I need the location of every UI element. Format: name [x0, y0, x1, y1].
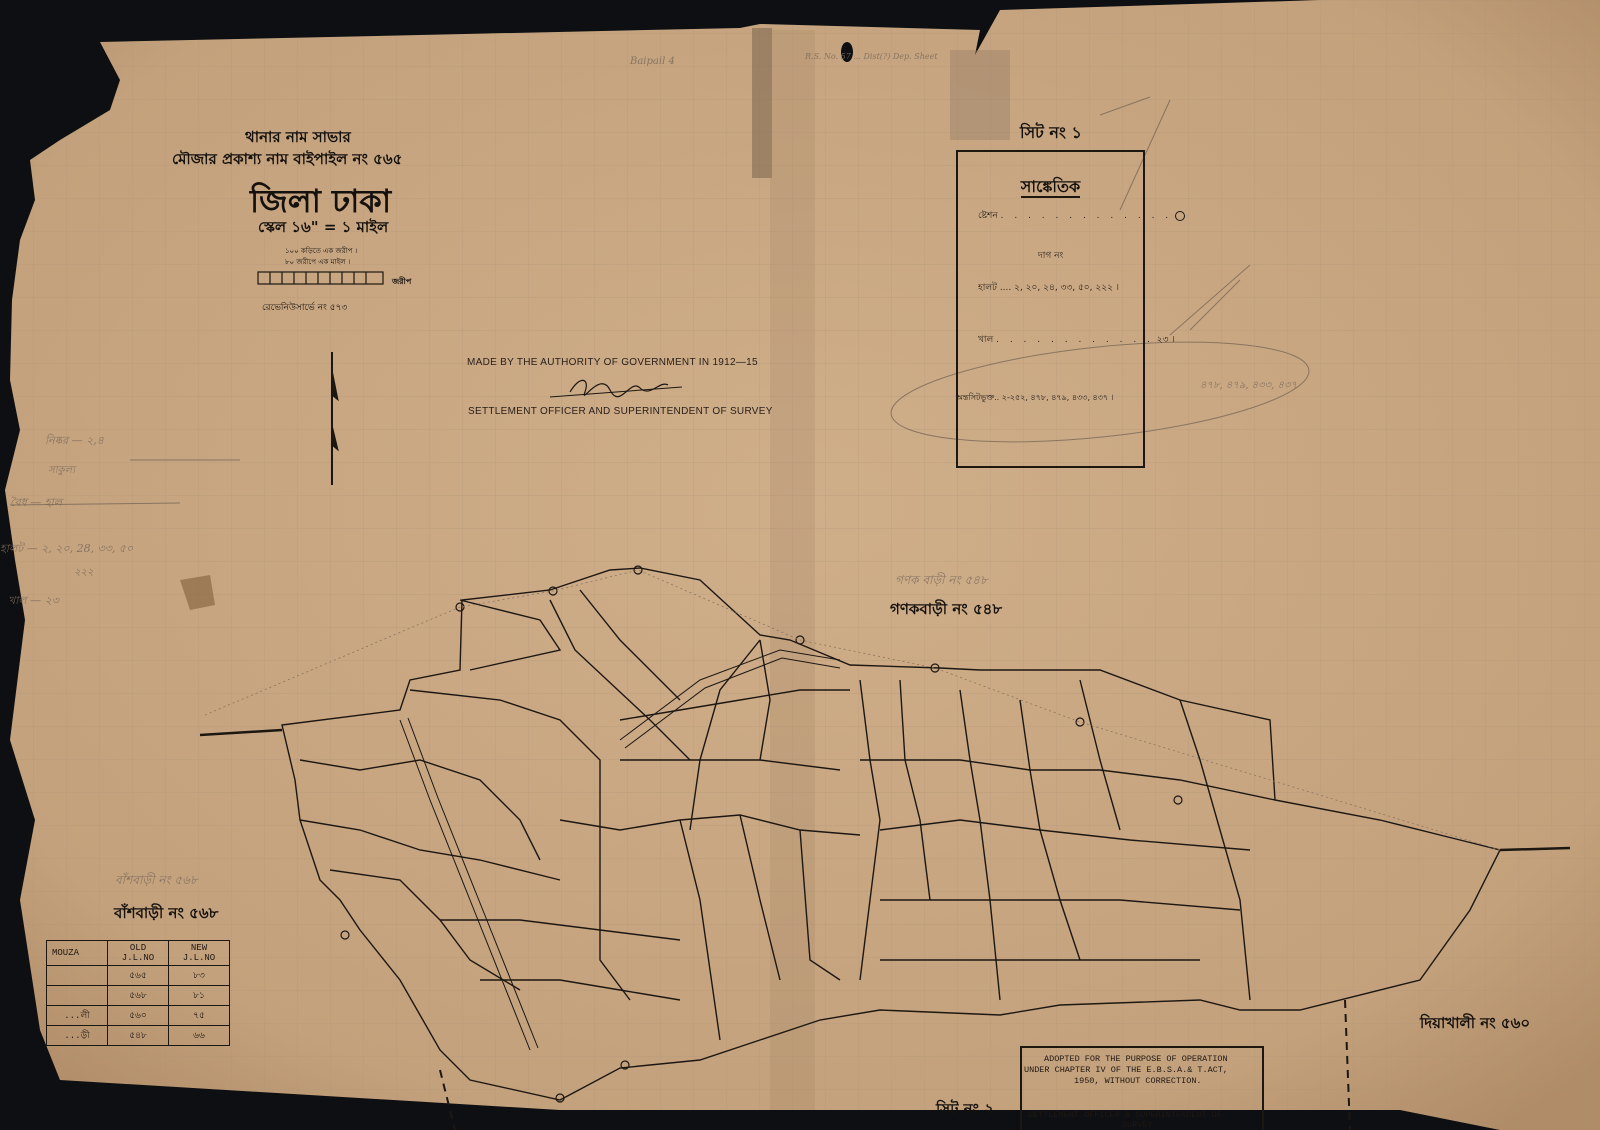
pencil-right: ৪৭৮, ৪৭৯, ৪৩৩, ৪৩৭: [1200, 378, 1297, 395]
col-old-jl: OLD J.L.NO: [108, 941, 169, 966]
mouza-label: মৌজার প্রকাশ্য নাম বাইপাইল নং ৫৬৫: [172, 148, 402, 173]
revenue-survey-label: রেভেনিউসার্ভে নং ৫৭৩: [262, 300, 347, 315]
table-row: ...লী৫৬০৭৫: [47, 1006, 230, 1026]
scale-bar-unit: জরীপ: [392, 276, 411, 289]
pencil-note-4: হালট — ২, ২০, 28, ৩৩, ৫০: [0, 540, 133, 559]
pencil-note-5: ২২২: [74, 565, 94, 582]
pencil-note-6: খাল — ২৩: [8, 592, 59, 611]
table-row: ৫৬৫৮৩: [47, 966, 230, 986]
station-icon: [1175, 211, 1185, 221]
pencil-north: গণক বাড়ী নং ৫৪৮: [895, 572, 988, 592]
legend-khal: খাল . . . . . . . . . . . . ২৩ ।: [978, 332, 1175, 347]
neighbor-east: দিয়াখালী নং ৫৬০: [1420, 1012, 1530, 1037]
legend-other-sheet: অন্তসিটভুক্ত.. ২-২৫২, ৪৭৮, ৪৭৯, ৪৩৩, ৪৩৭…: [956, 392, 1114, 405]
pencil-note-2: সাকুল্য: [48, 463, 75, 480]
legend-station: ষ্টেশন . . . . . . . . . . . . .: [978, 208, 1185, 223]
pencil-ref: R.S. No. 57 ... Dist(?) Dep. Sheet: [805, 52, 938, 61]
officer-title: SETTLEMENT OFFICER AND SUPERINTENDENT OF…: [468, 406, 773, 417]
col-new-jl: NEW J.L.NO: [169, 941, 230, 966]
scale-bar-note-2: ৮০ জরীপে এক মাইল ।: [285, 256, 350, 268]
legend-halot: হালট .... ২, ২০, ২৪, ৩৩, ৫০, ২২২ ।: [978, 280, 1119, 295]
pencil-note-3: বৈধ — হাল: [10, 494, 62, 513]
legend-title: সাঙ্কেতিক: [1021, 177, 1080, 198]
pencil-west: বাঁশবাড়ী নং ৫৬৮: [115, 872, 198, 892]
pencil-note-1: নিষ্কর — ২,৪: [45, 432, 104, 451]
table-row: ...ড়ী৫৪৮৬৬: [47, 1026, 230, 1046]
authority-line: MADE BY THE AUTHORITY OF GOVERNMENT IN 1…: [467, 357, 758, 368]
adoption-stamp: ADOPTED FOR THE PURPOSE OF OPERATION UND…: [1020, 1046, 1264, 1130]
col-mouza: MOUZA: [47, 941, 108, 966]
sheet-number-bottom: সিট নং ২: [936, 1098, 994, 1123]
table-row: ৫৬৮৮১: [47, 986, 230, 1006]
jl-number-table: MOUZA OLD J.L.NO NEW J.L.NO ৫৬৫৮৩ ৫৬৮৮১ …: [46, 940, 230, 1046]
scale-label: স্কেল ১৬" = ১ মাইল: [258, 216, 388, 241]
legend-dag-header: দাগ নং: [1038, 248, 1063, 263]
pencil-header: Baipail 4: [630, 56, 675, 67]
sheet-number-top: সিট নং ১: [1020, 120, 1082, 147]
neighbor-west: বাঁশবাড়ী নং ৫৬৮: [114, 902, 218, 927]
legend-box: সাঙ্কেতিক ষ্টেশন . . . . . . . . . . . .…: [956, 150, 1145, 468]
neighbor-north: গণকবাড়ী নং ৫৪৮: [890, 598, 1002, 623]
